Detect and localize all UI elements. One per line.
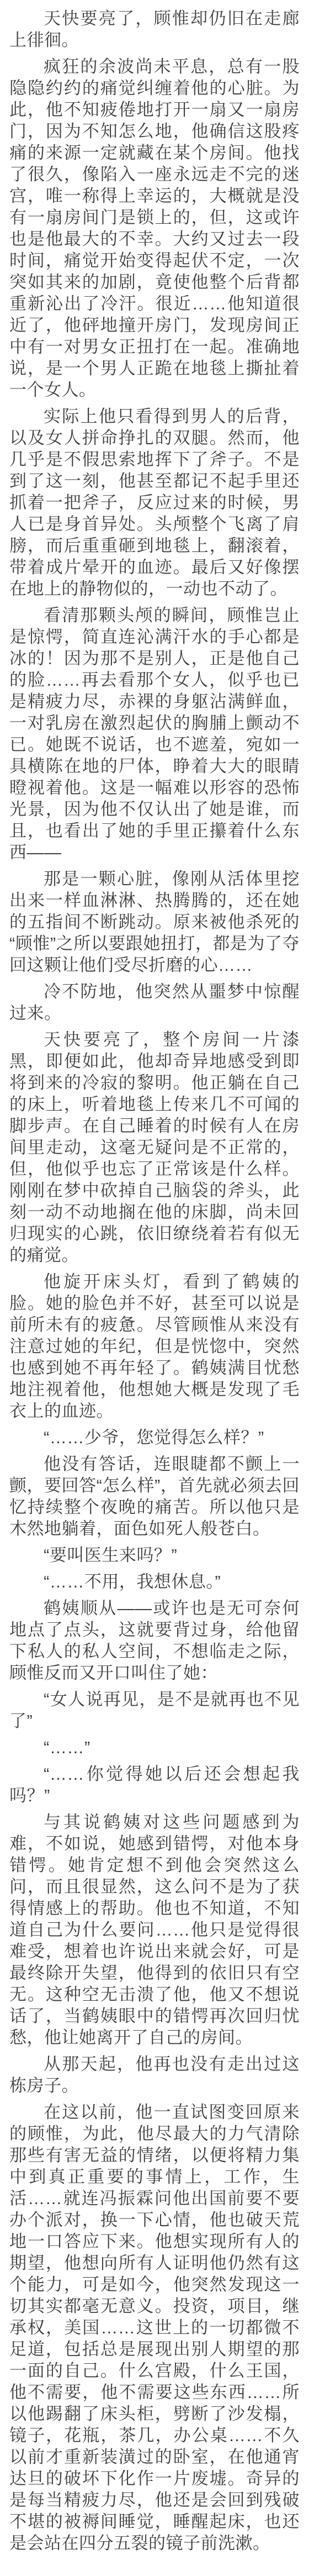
paragraph: “……你觉得她以后还会想起我吗？” [9,1763,300,1806]
paragraph: 在这以前，他一直试图变回原来的顾惟，为此，他尽最大的力气清除那些有害无益的情绪，… [9,2101,300,2554]
paragraph: 天快要亮了，顾惟却仍旧在走廊上徘徊。 [9,8,300,51]
paragraph: “女人说再见，是不是就再也不见了” [9,1689,300,1732]
paragraph: “要叫医生来吗？” [9,1544,300,1566]
paragraph: 从那天起，他再也没有走出过这栋房子。 [9,2053,300,2096]
paragraph: 疯狂的余波尚未平息，总有一股隐隐约约的痛觉纠缠着他的心脏。为此，他不知疲倦地打开… [9,56,300,401]
paragraph: 他旋开床头灯，看到了鹤姨的脸。她的脸色并不好，甚至可以说是前所未有的疲惫。尽管顾… [9,1271,300,1422]
paragraph: 冷不防地，他突然从噩梦中惊醒过来。 [9,981,300,1024]
paragraph: 他没有答话，连眼睫都不颤上一颤，要回答“怎么样”，首先就必须去回忆持续整个夜晚的… [9,1453,300,1539]
paragraph: 鹤姨顺从——或许也是无可奈何地点了点头，这就要背过身，给他留下私人的私人空间，不… [9,1597,300,1684]
paragraph: “……” [9,1737,300,1758]
paragraph: 实际上他只看得到男人的后背，以及女人拼命挣扎的双腿。然而，他几乎是不假思索地挥下… [9,406,300,600]
paragraph: 与其说鹤姨对这些问题感到为难，不如说，她感到错愕，对他本身错愕。她肯定想不到他会… [9,1811,300,2048]
paragraph: “……不用，我想休息。” [9,1571,300,1592]
text-body: 天快要亮了，顾惟却仍旧在走廊上徘徊。疯狂的余波尚未平息，总有一股隐隐约约的痛觉纠… [9,8,300,2554]
paragraph: 那是一颗心脏，像刚从活体里挖出来一样血淋淋、热腾腾的，还在她的五指间不断跳动。原… [9,868,300,976]
paragraph: 看清那颗头颅的瞬间，顾惟岂止是惊愕，简直连沁满汗水的手心都是冰的！因为那不是别人… [9,604,300,863]
paragraph: “……少爷，您觉得怎么样？” [9,1427,300,1448]
paragraph: 天快要亮了，整个房间一片漆黑，即便如此，他却奇异地感受到即将到来的冷寂的黎明。他… [9,1029,300,1266]
reader-page[interactable]: 天快要亮了，顾惟却仍旧在走廊上徘徊。疯狂的余波尚未平息，总有一股隐隐约约的痛觉纠… [0,0,309,2576]
